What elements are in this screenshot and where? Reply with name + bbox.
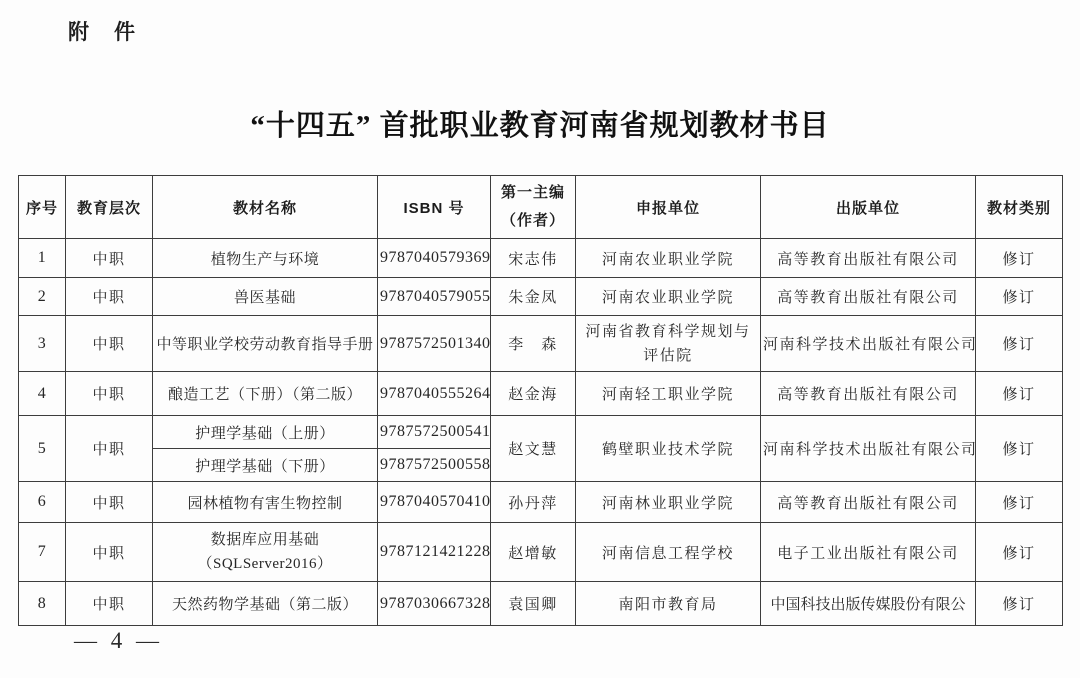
header-category: 教材类别 — [976, 176, 1063, 239]
cell-name: 中等职业学校劳动教育指导手册 — [153, 316, 378, 372]
cell-author: 袁国卿 — [491, 582, 576, 626]
textbook-table: 序号 教育层次 教材名称 ISBN 号 第一主编 （作者） 申报单位 出版单位 … — [18, 175, 1063, 626]
header-author-line1: 第一主编 — [493, 179, 573, 207]
cell-isbn: 9787040555264 — [378, 372, 491, 416]
cell-category: 修订 — [976, 523, 1063, 582]
cell-name: 兽医基础 — [153, 278, 378, 316]
cell-isbn: 9787040570410 — [378, 482, 491, 523]
cell-category: 修订 — [976, 582, 1063, 626]
cell-publisher: 河南科学技术出版社有限公司 — [761, 416, 976, 482]
cell-author: 赵金海 — [491, 372, 576, 416]
cell-isbn: 9787040579055 — [378, 278, 491, 316]
page-title: “十四五” 首批职业教育河南省规划教材书目 — [0, 103, 1080, 144]
cell-category: 修订 — [976, 482, 1063, 523]
table-row: 7 中职 数据库应用基础 （SQLServer2016） 97871214212… — [19, 523, 1063, 582]
cell-serial: 3 — [19, 316, 66, 372]
cell-declaring-unit: 河南轻工职业学院 — [576, 372, 761, 416]
page-number: — 4 — — [74, 628, 163, 654]
cell-serial: 4 — [19, 372, 66, 416]
cell-category: 修订 — [976, 316, 1063, 372]
cell-name: 酿造工艺（下册）（第二版） — [153, 372, 378, 416]
cell-isbn: 9787572500558 — [378, 449, 491, 482]
cell-category: 修订 — [976, 278, 1063, 316]
header-level: 教育层次 — [66, 176, 153, 239]
cell-publisher: 中国科技出版传媒股份有限公 — [761, 582, 976, 626]
declaring-unit-line2: 评估院 — [578, 344, 758, 368]
table-header-row: 序号 教育层次 教材名称 ISBN 号 第一主编 （作者） 申报单位 出版单位 … — [19, 176, 1063, 239]
cell-serial: 5 — [19, 416, 66, 482]
header-publisher: 出版单位 — [761, 176, 976, 239]
cell-level: 中职 — [66, 416, 153, 482]
cell-author: 赵增敏 — [491, 523, 576, 582]
cell-name: 护理学基础（下册） — [153, 449, 378, 482]
cell-level: 中职 — [66, 582, 153, 626]
cell-isbn: 9787121421228 — [378, 523, 491, 582]
cell-author: 朱金凤 — [491, 278, 576, 316]
table-row: 1 中职 植物生产与环境 9787040579369 宋志伟 河南农业职业学院 … — [19, 239, 1063, 278]
header-isbn: ISBN 号 — [378, 176, 491, 239]
attachment-label: 附 件 — [68, 16, 137, 46]
name-line2: （SQLServer2016） — [155, 552, 375, 576]
table-row: 2 中职 兽医基础 9787040579055 朱金凤 河南农业职业学院 高等教… — [19, 278, 1063, 316]
cell-author: 宋志伟 — [491, 239, 576, 278]
table-row: 4 中职 酿造工艺（下册）（第二版） 9787040555264 赵金海 河南轻… — [19, 372, 1063, 416]
cell-serial: 7 — [19, 523, 66, 582]
cell-level: 中职 — [66, 278, 153, 316]
table-row: 8 中职 天然药物学基础（第二版） 9787030667328 袁国卿 南阳市教… — [19, 582, 1063, 626]
cell-author: 赵文慧 — [491, 416, 576, 482]
table-row: 3 中职 中等职业学校劳动教育指导手册 9787572501340 李 森 河南… — [19, 316, 1063, 372]
cell-level: 中职 — [66, 523, 153, 582]
cell-serial: 2 — [19, 278, 66, 316]
cell-name: 园林植物有害生物控制 — [153, 482, 378, 523]
cell-author: 孙丹萍 — [491, 482, 576, 523]
cell-declaring-unit: 河南省教育科学规划与 评估院 — [576, 316, 761, 372]
cell-level: 中职 — [66, 372, 153, 416]
cell-declaring-unit: 河南农业职业学院 — [576, 278, 761, 316]
document-page: 附 件 “十四五” 首批职业教育河南省规划教材书目 序号 教育层次 教材名称 I… — [0, 0, 1080, 678]
cell-publisher: 电子工业出版社有限公司 — [761, 523, 976, 582]
cell-author: 李 森 — [491, 316, 576, 372]
cell-level: 中职 — [66, 316, 153, 372]
cell-publisher: 高等教育出版社有限公司 — [761, 239, 976, 278]
cell-category: 修订 — [976, 416, 1063, 482]
header-author: 第一主编 （作者） — [491, 176, 576, 239]
cell-declaring-unit: 南阳市教育局 — [576, 582, 761, 626]
cell-isbn: 9787030667328 — [378, 582, 491, 626]
cell-serial: 6 — [19, 482, 66, 523]
table-row: 5 中职 护理学基础（上册） 9787572500541 赵文慧 鹤壁职业技术学… — [19, 416, 1063, 449]
header-declaring-unit: 申报单位 — [576, 176, 761, 239]
cell-serial: 1 — [19, 239, 66, 278]
cell-declaring-unit: 鹤壁职业技术学院 — [576, 416, 761, 482]
cell-level: 中职 — [66, 239, 153, 278]
cell-name: 数据库应用基础 （SQLServer2016） — [153, 523, 378, 582]
table-row: 6 中职 园林植物有害生物控制 9787040570410 孙丹萍 河南林业职业… — [19, 482, 1063, 523]
cell-isbn: 9787040579369 — [378, 239, 491, 278]
cell-serial: 8 — [19, 582, 66, 626]
cell-publisher: 河南科学技术出版社有限公司 — [761, 316, 976, 372]
cell-publisher: 高等教育出版社有限公司 — [761, 372, 976, 416]
cell-publisher: 高等教育出版社有限公司 — [761, 482, 976, 523]
cell-category: 修订 — [976, 239, 1063, 278]
header-serial: 序号 — [19, 176, 66, 239]
cell-declaring-unit: 河南信息工程学校 — [576, 523, 761, 582]
name-line1: 数据库应用基础 — [155, 528, 375, 552]
cell-level: 中职 — [66, 482, 153, 523]
cell-name: 天然药物学基础（第二版） — [153, 582, 378, 626]
cell-name: 植物生产与环境 — [153, 239, 378, 278]
cell-declaring-unit: 河南林业职业学院 — [576, 482, 761, 523]
declaring-unit-line1: 河南省教育科学规划与 — [578, 320, 758, 344]
cell-isbn: 9787572500541 — [378, 416, 491, 449]
cell-declaring-unit: 河南农业职业学院 — [576, 239, 761, 278]
cell-isbn: 9787572501340 — [378, 316, 491, 372]
header-name: 教材名称 — [153, 176, 378, 239]
cell-publisher: 高等教育出版社有限公司 — [761, 278, 976, 316]
cell-category: 修订 — [976, 372, 1063, 416]
header-author-line2: （作者） — [493, 207, 573, 235]
cell-name: 护理学基础（上册） — [153, 416, 378, 449]
